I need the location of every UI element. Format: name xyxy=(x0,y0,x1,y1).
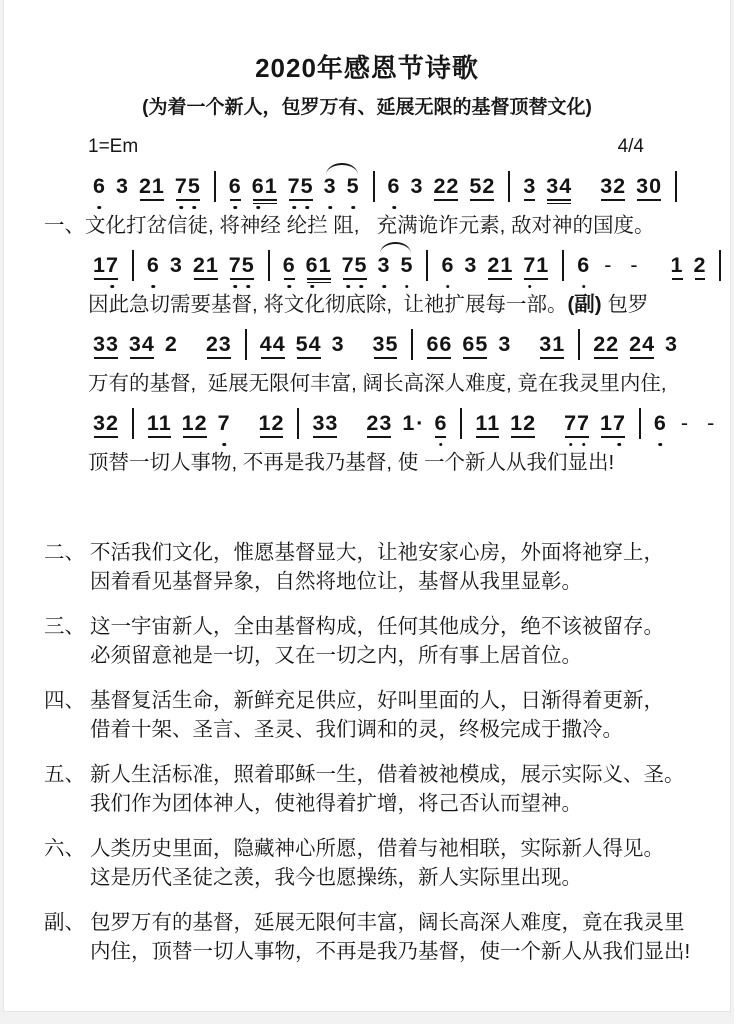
note: 7 xyxy=(218,410,231,436)
barline xyxy=(373,171,375,202)
verses-section: 二、不活我们文化，惟愿基督显大，让祂安家心房，外面将祂穿上，因着看见基督异象，自… xyxy=(44,538,700,966)
note: 3 xyxy=(464,252,477,278)
melody-line: 1763217566175356321716--12 xyxy=(88,241,730,289)
melody-line: 32111271233231·6111277176--- xyxy=(88,399,730,447)
note: 44 xyxy=(260,331,286,357)
note: 66 xyxy=(426,331,452,357)
note: 34 xyxy=(129,331,155,357)
note: 33 xyxy=(312,410,338,436)
note: 3 xyxy=(523,173,536,199)
note: 6 xyxy=(577,252,590,278)
melody-line: 33342234454335666533122243 xyxy=(88,320,730,368)
lyric-text: 包罗 xyxy=(602,293,649,316)
barline xyxy=(719,250,721,281)
verse-text-line: 包罗万有的基督，延展无限何丰富，阔长高深人难度，竟在我灵里 xyxy=(90,908,700,937)
verse-text-line: 因着看见基督异象，自然将地位让，基督从我里显彰。 xyxy=(90,567,700,596)
note: 6 xyxy=(388,173,401,199)
hymn-sheet-page: 2020年感恩节诗歌 (为着一个新人，包罗万有、延展无限的基督顶替文化) 1=E… xyxy=(3,0,731,1012)
note: 77 xyxy=(564,410,590,436)
verse-text: 人类历史里面，隐藏神心所愿，借着与祂相联，实际新人得见。这是历代圣徒之羡，我今也… xyxy=(90,834,700,892)
barline xyxy=(268,250,270,281)
barline xyxy=(508,171,510,202)
barline xyxy=(132,250,134,281)
note: 3 xyxy=(665,331,678,357)
verse-text: 这一宇宙新人，全由基督构成，任何其他成分，绝不该被留存。必须留意祂是一切，又在一… xyxy=(90,612,700,670)
note: 6 xyxy=(654,410,667,436)
note: 32 xyxy=(93,410,119,436)
lyric-line: 一、文化打岔信徒, 将神经 纶拦 阻, 充满诡诈元素, 敌对神的国度。 xyxy=(44,210,730,241)
verse-text-line: 这是历代圣徒之羡，我今也愿操练，新人实际里出现。 xyxy=(90,863,700,892)
notation-section: 63217566175356322523343230一、文化打岔信徒, 将神经 … xyxy=(4,162,730,478)
note: 3 xyxy=(498,331,511,357)
note: 65 xyxy=(462,331,488,357)
time-signature: 4/4 xyxy=(618,136,644,158)
note: 75 xyxy=(229,252,255,278)
verse: 三、这一宇宙新人，全由基督构成，任何其他成分，绝不该被留存。必须留意祂是一切，又… xyxy=(44,612,700,670)
note: 3 xyxy=(324,173,337,199)
page-title: 2020年感恩节诗歌 xyxy=(4,52,730,84)
note: 6 xyxy=(441,252,454,278)
slur-group: 35 xyxy=(373,252,419,278)
note: 1 xyxy=(671,252,684,278)
slur-group: 35 xyxy=(319,173,365,199)
note: 23 xyxy=(206,331,232,357)
note: 3 xyxy=(332,331,345,357)
verse-text: 基督复活生命，新鲜充足供应，好叫里面的人，日渐得着更新，借着十架、圣言、圣灵、我… xyxy=(90,686,700,744)
verse: 二、不活我们文化，惟愿基督显大，让祂安家心房，外面将祂穿上，因着看见基督异象，自… xyxy=(44,538,700,596)
verse-text-line: 借着十架、圣言、圣灵、我们调和的灵，终极完成于撒冷。 xyxy=(90,715,700,744)
note: 54 xyxy=(296,331,322,357)
verse-number: 四、 xyxy=(44,686,90,744)
barline xyxy=(245,329,247,360)
note: 3 xyxy=(411,173,424,199)
note: 17 xyxy=(600,410,626,436)
lyric-line: 顶替一切人事物, 不再是我乃基督, 使 一个新人从我们显出! xyxy=(88,447,730,478)
note: 21 xyxy=(487,252,513,278)
lyric-line: 因此急切需要基督, 将文化彻底除, 让祂扩展每一部。(副) 包罗 xyxy=(88,289,730,320)
key-time-row: 1=Em 4/4 xyxy=(88,136,644,158)
lyric-line: 万有的基督, 延展无限何丰富, 阔长高深人难度, 竟在我灵里内住, xyxy=(88,368,730,399)
note: 12 xyxy=(259,410,285,436)
note: 75 xyxy=(175,173,201,199)
barline xyxy=(562,250,564,281)
melody-line: 63217566175356322523343230 xyxy=(88,162,730,210)
verse-text-line: 不活我们文化，惟愿基督显大，让祂安家心房，外面将祂穿上， xyxy=(90,538,700,567)
verse-text: 包罗万有的基督，延展无限何丰富，阔长高深人难度，竟在我灵里内住，顶替一切人事物，… xyxy=(90,908,700,966)
note: 1 xyxy=(402,410,415,436)
verse-text: 不活我们文化，惟愿基督显大，让祂安家心房，外面将祂穿上，因着看见基督异象，自然将… xyxy=(90,538,700,596)
verse: 六、人类历史里面，隐藏神心所愿，借着与祂相联，实际新人得见。这是历代圣徒之羡，我… xyxy=(44,834,700,892)
barline xyxy=(297,408,299,439)
verse-number: 二、 xyxy=(44,538,90,596)
note: 32 xyxy=(600,173,626,199)
note: 11 xyxy=(147,410,172,436)
note: 17 xyxy=(93,252,119,278)
note: 3 xyxy=(378,252,391,278)
note: 11 xyxy=(475,410,500,436)
note: 34 xyxy=(546,173,572,199)
note: 12 xyxy=(510,410,536,436)
note: 75 xyxy=(342,252,368,278)
note: 22 xyxy=(593,331,619,357)
note: 21 xyxy=(139,173,165,199)
note: · xyxy=(416,410,424,436)
refrain-label: (副) xyxy=(567,293,601,316)
verse-number: 五、 xyxy=(44,760,90,818)
verse-text-line: 新人生活标准，照着耶稣一生，借着被祂模成，展示实际义、圣。 xyxy=(90,760,700,789)
note: 5 xyxy=(400,252,413,278)
note: 6 xyxy=(434,410,447,436)
note: 61 xyxy=(252,173,278,199)
note: 3 xyxy=(116,173,129,199)
note: 12 xyxy=(182,410,208,436)
barline xyxy=(132,408,134,439)
barline xyxy=(578,329,580,360)
key-signature: 1=Em xyxy=(88,136,138,158)
note: 75 xyxy=(288,173,314,199)
note: 22 xyxy=(433,173,459,199)
dash-note: - xyxy=(604,252,612,278)
dash-note: - xyxy=(630,252,638,278)
lyric-text: 顶替一切人事物, 不再是我乃基督, 使 一个新人从我们显出! xyxy=(88,451,614,474)
note: 21 xyxy=(193,252,219,278)
note: 52 xyxy=(469,173,495,199)
dash-note: - xyxy=(681,410,689,436)
verse: 副、包罗万有的基督，延展无限何丰富，阔长高深人难度，竟在我灵里内住，顶替一切人事… xyxy=(44,908,700,966)
note: 6 xyxy=(229,173,242,199)
verse: 四、基督复活生命，新鲜充足供应，好叫里面的人，日渐得着更新，借着十架、圣言、圣灵… xyxy=(44,686,700,744)
page-subtitle: (为着一个新人，包罗万有、延展无限的基督顶替文化) xyxy=(4,96,730,120)
lyric-text: 万有的基督, 延展无限何丰富, 阔长高深人难度, 竟在我灵里内住, xyxy=(88,372,667,395)
note: 61 xyxy=(306,252,332,278)
note: 6 xyxy=(93,173,106,199)
verse-text-line: 人类历史里面，隐藏神心所愿，借着与祂相联，实际新人得见。 xyxy=(90,834,700,863)
note: 3 xyxy=(170,252,183,278)
note: 24 xyxy=(629,331,655,357)
verse-text-line: 这一宇宙新人，全由基督构成，任何其他成分，绝不该被留存。 xyxy=(90,612,700,641)
note: 5 xyxy=(347,173,360,199)
verse-text-line: 基督复活生命，新鲜充足供应，好叫里面的人，日渐得着更新， xyxy=(90,686,700,715)
barline xyxy=(411,329,413,360)
verse-number: 六、 xyxy=(44,834,90,892)
lyric-text: 一、文化打岔信徒, 将神经 纶拦 阻, 充满诡诈元素, 敌对神的国度。 xyxy=(44,214,654,237)
note: 71 xyxy=(523,252,549,278)
note: 30 xyxy=(636,173,662,199)
barline xyxy=(214,171,216,202)
dash-note: - xyxy=(707,410,715,436)
barline xyxy=(675,171,677,202)
note: 35 xyxy=(373,331,399,357)
note: 23 xyxy=(366,410,392,436)
note: 31 xyxy=(539,331,565,357)
barline xyxy=(639,408,641,439)
note: 2 xyxy=(694,252,707,278)
verse-text-line: 我们作为团体神人，使祂得着扩增，将己否认而望神。 xyxy=(90,789,700,818)
barline xyxy=(426,250,428,281)
verse-text-line: 内住，顶替一切人事物，不再是我乃基督，使一个新人从我们显出! xyxy=(90,937,700,966)
note: 33 xyxy=(93,331,119,357)
verse-text: 新人生活标准，照着耶稣一生，借着被祂模成，展示实际义、圣。我们作为团体神人，使祂… xyxy=(90,760,700,818)
viewer-background: 2020年感恩节诗歌 (为着一个新人，包罗万有、延展无限的基督顶替文化) 1=E… xyxy=(0,0,734,1024)
verse: 五、新人生活标准，照着耶稣一生，借着被祂模成，展示实际义、圣。我们作为团体神人，… xyxy=(44,760,700,818)
verse-number: 三、 xyxy=(44,612,90,670)
note: 2 xyxy=(165,331,178,357)
barline xyxy=(460,408,462,439)
verse-text-line: 必须留意祂是一切，又在一切之内，所有事上居首位。 xyxy=(90,641,700,670)
note: 6 xyxy=(147,252,160,278)
verse-number: 副、 xyxy=(44,908,90,966)
note: 6 xyxy=(283,252,296,278)
lyric-text: 因此急切需要基督, 将文化彻底除, 让祂扩展每一部。 xyxy=(88,293,567,316)
